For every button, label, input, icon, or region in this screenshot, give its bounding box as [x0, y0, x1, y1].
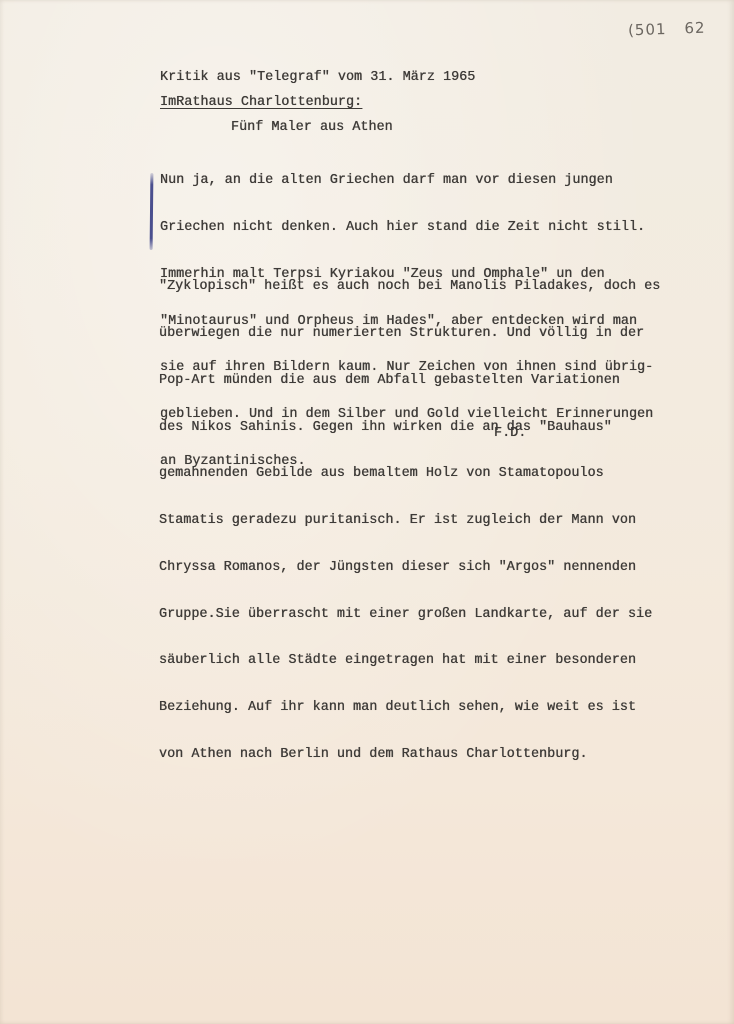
text-line: überwiegen die nur numerierten Strukture… [159, 326, 660, 342]
text-line: Chryssa Romanos, der Jüngsten dieser sic… [159, 560, 660, 576]
text-line: Pop-Art münden die aus dem Abfall gebast… [159, 373, 660, 389]
author-signature: F.D. [494, 426, 526, 442]
text-line: Gruppe.Sie überrascht mit einer großen L… [159, 607, 660, 623]
document-page: (50162 Kritik aus "Telegraf" vom 31. Mär… [0, 0, 734, 1024]
text-line: Stamatis geradezu puritanisch. Er ist zu… [159, 513, 660, 529]
source-line: Kritik aus "Telegraf" vom 31. März 1965 [160, 70, 475, 86]
article-heading: ImRathaus Charlottenburg: [160, 95, 362, 111]
text-line: gemahnenden Gebilde aus bemaltem Holz vo… [159, 466, 660, 482]
text-line: Nun ja, an die alten Griechen darf man v… [160, 173, 653, 189]
text-line: Griechen nicht denken. Auch hier stand d… [160, 220, 653, 236]
text-line: säuberlich alle Städte eingetragen hat m… [159, 653, 660, 669]
margin-mark-line [150, 173, 154, 250]
text-line: Beziehung. Auf ihr kann man deutlich seh… [159, 700, 660, 716]
text-line: von Athen nach Berlin und dem Rathaus Ch… [159, 747, 660, 763]
archive-page-number: 62 [684, 19, 706, 38]
archive-code: (501 [628, 20, 667, 39]
text-line: "Zyklopisch" heißt es auch noch bei Mano… [159, 279, 660, 295]
archive-mark: (50162 [628, 19, 706, 40]
text-line: des Nikos Sahinis. Gegen ihn wirken die … [159, 420, 660, 436]
article-subtitle: Fünf Maler aus Athen [231, 120, 393, 136]
paragraph-2: "Zyklopisch" heißt es auch noch bei Mano… [159, 248, 660, 794]
